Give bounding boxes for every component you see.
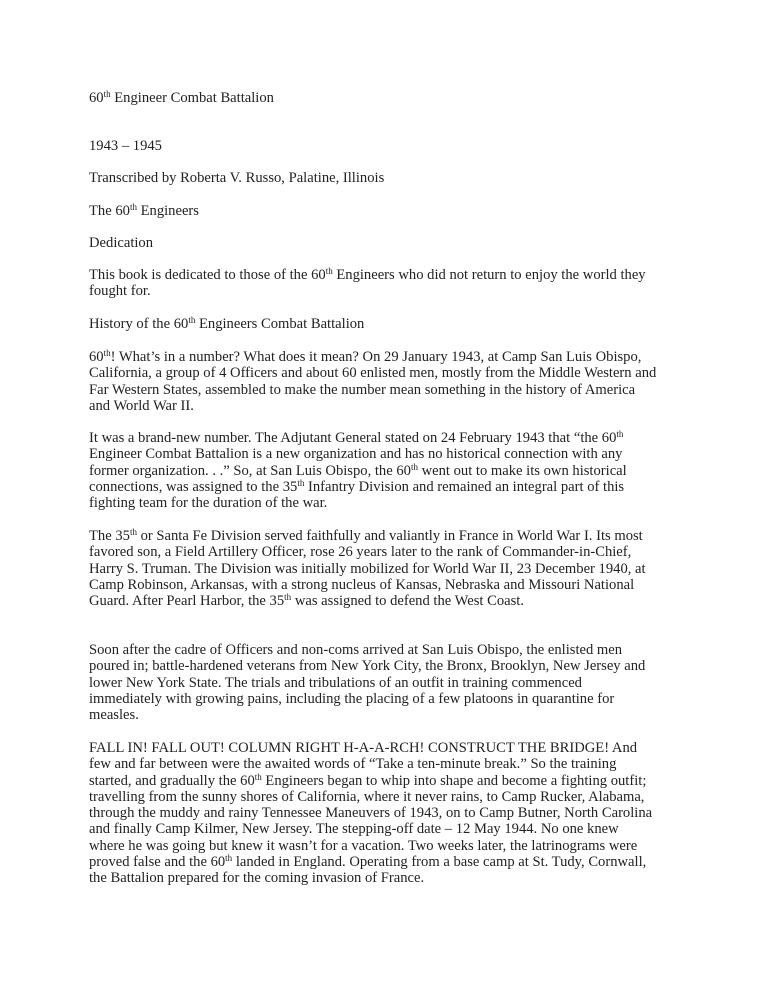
text-line: favored son, a Field Artillery Officer, … [89,544,709,560]
text-line: proved false and the 60th landed in Engl… [89,854,709,870]
ordinal-suffix: th [284,592,291,602]
ordinal-suffix: th [326,266,333,276]
paragraph-4: Soon after the cadre of Officers and non… [89,642,709,723]
text-line: Soon after the cadre of Officers and non… [89,642,709,658]
paragraph-2: It was a brand-new number. The Adjutant … [89,430,709,511]
text-line: 1943 – 1945 [89,138,709,154]
text-line: History of the 60th Engineers Combat Bat… [89,316,709,332]
text-line: This book is dedicated to those of the 6… [89,267,709,283]
text-line: It was a brand-new number. The Adjutant … [89,430,709,446]
text-line: 60th Engineer Combat Battalion [89,90,709,106]
text-line: lower New York State. The trials and tri… [89,675,709,691]
ordinal-suffix: th [188,315,195,325]
text-line: California, a group of 4 Officers and ab… [89,365,709,381]
dedication-text: This book is dedicated to those of the 6… [89,267,709,300]
paragraph-3: The 35th or Santa Fe Division served fai… [89,528,709,609]
text-line: started, and gradually the 60th Engineer… [89,773,709,789]
text-line: where he was going but knew it wasn’t fo… [89,838,709,854]
text-line: fighting team for the duration of the wa… [89,495,709,511]
paragraph-1: 60th! What’s in a number? What does it m… [89,349,709,414]
paragraph-5: FALL IN! FALL OUT! COLUMN RIGHT H-A-A-RC… [89,740,709,887]
text-line: and World War II. [89,398,709,414]
ordinal-suffix: th [411,462,418,472]
history-heading: History of the 60th Engineers Combat Bat… [89,316,709,332]
ordinal-suffix: th [104,89,111,99]
text-line: Dedication [89,235,709,251]
ordinal-suffix: th [104,348,111,358]
text-line: Far Western States, assembled to make th… [89,382,709,398]
ordinal-suffix: th [130,527,137,537]
dedication-heading: Dedication [89,235,709,251]
text-line: immediately with growing pains, includin… [89,691,709,707]
text-line: Transcribed by Roberta V. Russo, Palatin… [89,170,709,186]
text-line: through the muddy and rainy Tennessee Ma… [89,805,709,821]
text-line: and finally Camp Kilmer, New Jersey. The… [89,821,709,837]
ordinal-suffix: th [297,478,304,488]
ordinal-suffix: th [255,772,262,782]
text-line: Guard. After Pearl Harbor, the 35th was … [89,593,709,609]
ordinal-suffix: th [130,202,137,212]
text-line: measles. [89,707,709,723]
text-line: few and far between were the awaited wor… [89,756,709,772]
text-line: connections, was assigned to the 35th In… [89,479,709,495]
document-subtitle: The 60th Engineers [89,203,709,219]
transcriber-credit: Transcribed by Roberta V. Russo, Palatin… [89,170,709,186]
text-line: poured in; battle-hardened veterans from… [89,658,709,674]
text-line: 60th! What’s in a number? What does it m… [89,349,709,365]
text-line: the Battalion prepared for the coming in… [89,870,709,886]
text-line: Harry S. Truman. The Division was initia… [89,561,709,577]
text-line: The 35th or Santa Fe Division served fai… [89,528,709,544]
document-page: 60th Engineer Combat Battalion 1943 – 19… [0,0,768,994]
document-years: 1943 – 1945 [89,138,709,154]
document-title: 60th Engineer Combat Battalion [89,90,709,106]
text-line: Engineer Combat Battalion is a new organ… [89,446,709,462]
text-line: travelling from the sunny shores of Cali… [89,789,709,805]
text-line: former organization. . .” So, at San Lui… [89,463,709,479]
text-line: fought for. [89,283,709,299]
text-line: The 60th Engineers [89,203,709,219]
text-line: Camp Robinson, Arkansas, with a strong n… [89,577,709,593]
ordinal-suffix: th [225,853,232,863]
ordinal-suffix: th [616,429,623,439]
text-line: FALL IN! FALL OUT! COLUMN RIGHT H-A-A-RC… [89,740,709,756]
